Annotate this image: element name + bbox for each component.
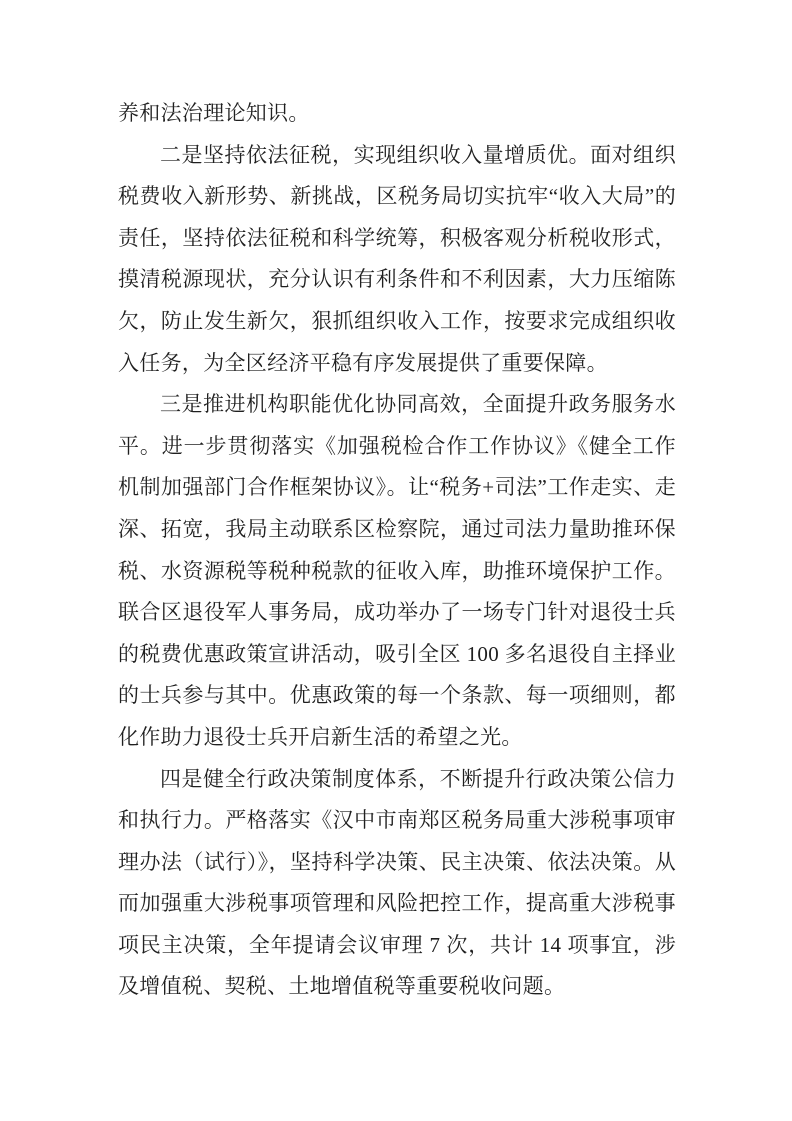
paragraph-point-two: 二是坚持依法征税，实现组织收入量增质优。面对组织税费收入新形势、新挑战，区税务局… bbox=[118, 135, 676, 385]
paragraph-point-three: 三是推进机构职能优化协同高效，全面提升政务服务水平。进一步贯彻落实《加强税检合作… bbox=[118, 384, 676, 758]
document-page: 养和法治理论知识。 二是坚持依法征税，实现组织收入量增质优。面对组织税费收入新形… bbox=[0, 0, 792, 1121]
paragraph-point-four: 四是健全行政决策制度体系，不断提升行政决策公信力和执行力。严格落实《汉中市南郑区… bbox=[118, 759, 676, 1009]
paragraph-continuation: 养和法治理论知识。 bbox=[118, 93, 676, 135]
